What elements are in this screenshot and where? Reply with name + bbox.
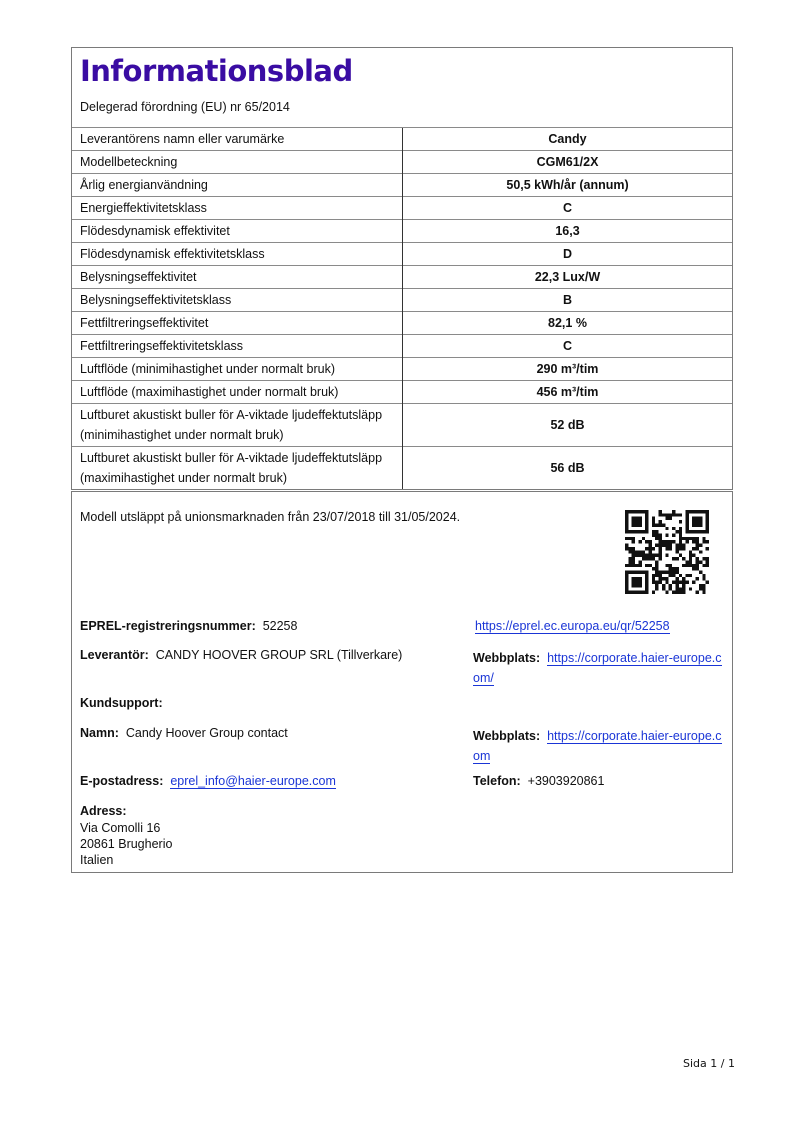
qr-code-icon[interactable]: [625, 510, 709, 594]
row-value: 16,3: [403, 220, 733, 243]
support-website-label: Webbplats:: [473, 729, 540, 743]
email-link[interactable]: eprel_info@haier-europe.com: [170, 774, 336, 789]
information-sheet: Informationsblad Delegerad förordning (E…: [71, 47, 733, 490]
row-label: Årlig energianvändning: [72, 174, 403, 197]
row-value: 22,3 Lux/W: [403, 266, 733, 289]
row-value: 290 m³/tim: [403, 358, 733, 381]
table-row: Luftburet akustiskt buller för A-viktade…: [72, 404, 732, 447]
row-value: 456 m³/tim: [403, 381, 733, 404]
supplier-label: Leverantör:: [80, 648, 149, 662]
table-row: Luftflöde (minimihastighet under normalt…: [72, 358, 732, 381]
email-label: E-postadress:: [80, 774, 163, 788]
table-row: Årlig energianvändning50,5 kWh/år (annum…: [72, 174, 732, 197]
row-value: CGM61/2X: [403, 151, 733, 174]
address-block: Adress: Via Comolli 16 20861 Brugherio I…: [80, 803, 172, 868]
row-label: Flödesdynamisk effektivitetsklass: [72, 243, 403, 266]
row-label: Luftburet akustiskt buller för A-viktade…: [72, 404, 403, 447]
table-row: BelysningseffektivitetsklassB: [72, 289, 732, 312]
row-value: 52 dB: [403, 404, 733, 447]
supplier-info-panel: Modell utsläppt på unionsmarknaden från …: [71, 491, 733, 873]
row-label: Belysningseffektivitetsklass: [72, 289, 403, 312]
row-label: Luftflöde (minimihastighet under normalt…: [72, 358, 403, 381]
support-website-link[interactable]: https://corporate.haier-europe.c: [547, 729, 721, 744]
table-row: Flödesdynamisk effektivitet16,3: [72, 220, 732, 243]
row-label: Fettfiltreringseffektivitetsklass: [72, 335, 403, 358]
phone-row: Telefon: +3903920861: [473, 774, 604, 788]
table-row: Flödesdynamisk effektivitetsklassD: [72, 243, 732, 266]
address-line: Italien: [80, 852, 172, 868]
table-row: FettfiltreringseffektivitetsklassC: [72, 335, 732, 358]
table-row: EnergieffektivitetsklassC: [72, 197, 732, 220]
address-line: 20861 Brugherio: [80, 836, 172, 852]
contact-name-row: Namn: Candy Hoover Group contact: [80, 726, 288, 740]
phone-number: +3903920861: [528, 774, 605, 788]
row-label: Leverantörens namn eller varumärke: [72, 128, 403, 151]
contact-name: Candy Hoover Group contact: [126, 726, 288, 740]
spec-table: Leverantörens namn eller varumärkeCandyM…: [72, 127, 732, 490]
table-row: Belysningseffektivitet22,3 Lux/W: [72, 266, 732, 289]
contact-name-label: Namn:: [80, 726, 119, 740]
row-label: Luftflöde (maximihastighet under normalt…: [72, 381, 403, 404]
supplier-row: Leverantör: CANDY HOOVER GROUP SRL (Till…: [80, 648, 402, 662]
row-value: 50,5 kWh/år (annum): [403, 174, 733, 197]
eprel-number: 52258: [263, 619, 298, 633]
row-value: Candy: [403, 128, 733, 151]
row-value: C: [403, 335, 733, 358]
supplier-website-row: Webbplats: https://corporate.haier-europ…: [473, 648, 722, 688]
phone-label: Telefon:: [473, 774, 521, 788]
support-website-link-cont[interactable]: om: [473, 749, 490, 764]
table-row: ModellbeteckningCGM61/2X: [72, 151, 732, 174]
row-label: Belysningseffektivitet: [72, 266, 403, 289]
supplier-website-label: Webbplats:: [473, 651, 540, 665]
row-label: Luftburet akustiskt buller för A-viktade…: [72, 447, 403, 490]
eprel-row: EPREL-registreringsnummer: 52258: [80, 619, 297, 633]
row-value: D: [403, 243, 733, 266]
row-label: Fettfiltreringseffektivitet: [72, 312, 403, 335]
row-value: 82,1 %: [403, 312, 733, 335]
table-row: Luftflöde (maximihastighet under normalt…: [72, 381, 732, 404]
eprel-label: EPREL-registreringsnummer:: [80, 619, 256, 633]
row-value: C: [403, 197, 733, 220]
supplier-website-link[interactable]: https://corporate.haier-europe.c: [547, 651, 721, 666]
table-row: Fettfiltreringseffektivitet82,1 %: [72, 312, 732, 335]
eprel-link[interactable]: https://eprel.ec.europa.eu/qr/52258: [475, 619, 670, 634]
supplier-website-link-cont[interactable]: om/: [473, 671, 494, 686]
row-value: B: [403, 289, 733, 312]
market-dates-text: Modell utsläppt på unionsmarknaden från …: [80, 510, 460, 524]
table-row: Leverantörens namn eller varumärkeCandy: [72, 128, 732, 151]
page-title: Informationsblad: [72, 48, 732, 90]
address-line: Via Comolli 16: [80, 820, 172, 836]
email-row: E-postadress: eprel_info@haier-europe.co…: [80, 774, 336, 788]
regulation-subtitle: Delegerad förordning (EU) nr 65/2014: [72, 90, 732, 127]
row-label: Energieffektivitetsklass: [72, 197, 403, 220]
address-label: Adress:: [80, 803, 172, 819]
row-value: 56 dB: [403, 447, 733, 490]
support-website-row: Webbplats: https://corporate.haier-europ…: [473, 726, 722, 766]
table-row: Luftburet akustiskt buller för A-viktade…: [72, 447, 732, 490]
page-number: Sida 1 / 1: [683, 1057, 735, 1070]
row-label: Modellbeteckning: [72, 151, 403, 174]
supplier-name: CANDY HOOVER GROUP SRL (Tillverkare): [156, 648, 403, 662]
row-label: Flödesdynamisk effektivitet: [72, 220, 403, 243]
customer-support-heading: Kundsupport:: [80, 696, 163, 710]
